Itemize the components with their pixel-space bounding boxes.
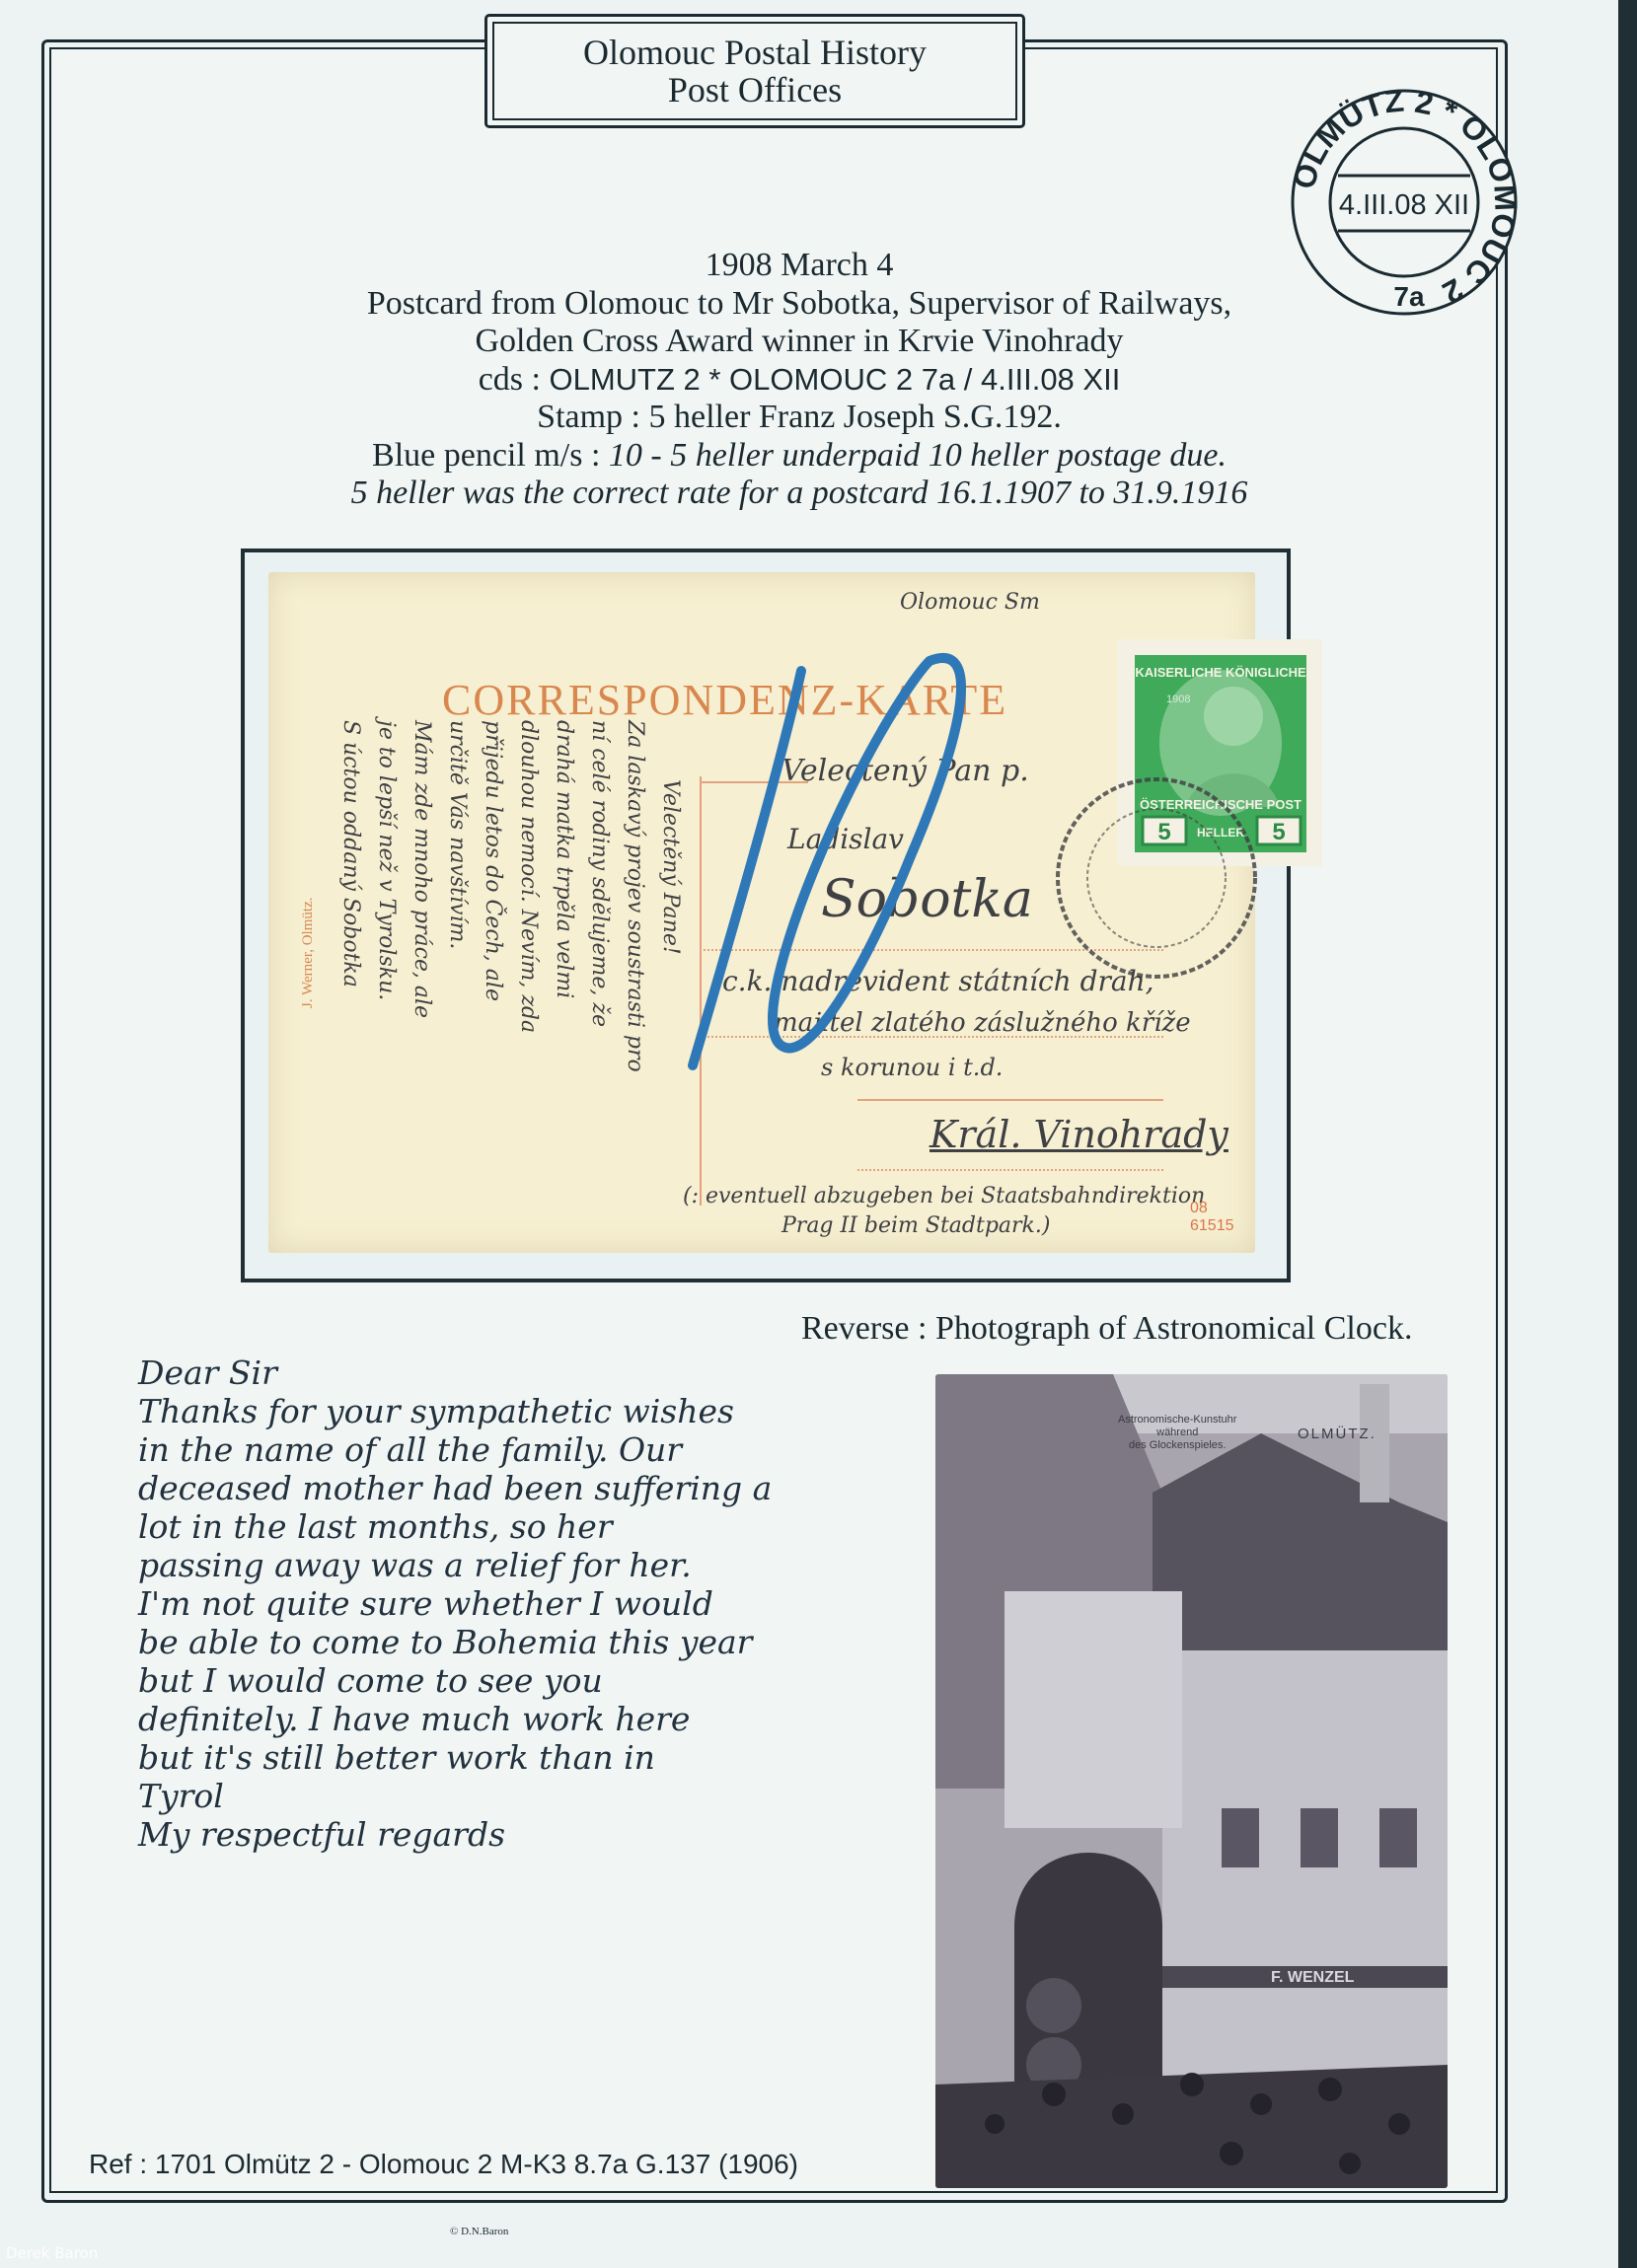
- reverse-caption: Reverse : Photograph of Astronomical Clo…: [801, 1310, 1412, 1348]
- blue-pencil-10-mark: [683, 641, 979, 1095]
- cds-value: OLMUTZ 2 * OLOMOUC 2 7a / 4.III.08 XII: [549, 362, 1120, 397]
- svg-text:F. WENZEL: F. WENZEL: [1271, 1969, 1355, 1986]
- pencil-mark: 10: [609, 437, 642, 474]
- photo-caption: Astronomische-Kunstuhr während des Glock…: [1118, 1414, 1236, 1452]
- translation-line: lot in the last months, so her: [138, 1507, 849, 1546]
- translation-line: in the name of all the family. Our: [138, 1430, 849, 1469]
- postcard-front: CORRESPONDENZ-KARTE J. Werner, Olmütz. O…: [268, 572, 1255, 1253]
- message-line: Velectěný Pane!: [658, 779, 683, 955]
- stamp-line: Stamp : 5 heller Franz Joseph S.G.192.: [237, 399, 1362, 437]
- translation-line: Dear Sir: [138, 1353, 849, 1392]
- translation-line: Thanks for your sympathetic wishes: [138, 1392, 849, 1430]
- translation-line: Tyrol: [138, 1777, 849, 1815]
- page-subtitle: Post Offices: [668, 71, 842, 109]
- astronomical-clock-photo: F. WENZEL Astronomische-Kunstuhr während…: [935, 1374, 1448, 2188]
- address-line: Prag II beim Stadtpark.): [781, 1213, 1050, 1238]
- svg-text:KAISERLICHE KÖNIGLICHE: KAISERLICHE KÖNIGLICHE: [1135, 665, 1306, 680]
- address-town: Král. Vinohrady: [930, 1113, 1228, 1156]
- item-description-line2: Golden Cross Award winner in Krvie Vinoh…: [237, 323, 1362, 361]
- card-serial-number: 08 61515: [1190, 1200, 1255, 1235]
- scan-edge: [1618, 0, 1637, 2268]
- translation-line: I'm not quite sure whether I would: [138, 1584, 849, 1623]
- postmark-impression: [1038, 760, 1275, 996]
- item-date: 1908 March 4: [237, 247, 1362, 285]
- page-title: Olomouc Postal History: [583, 34, 927, 71]
- address-rule: [857, 1099, 1163, 1101]
- message-line: Za laskavý projev soustrasti pro: [623, 720, 647, 1072]
- description: 1908 March 4 Postcard from Olomouc to Mr…: [237, 247, 1362, 513]
- photo-town-name: OLMÜTZ.: [1298, 1426, 1377, 1442]
- message-line: drahá matka trpěla velmi: [552, 720, 576, 998]
- address-line: (: eventuell abzugeben bei Staatsbahndir…: [683, 1184, 1205, 1208]
- cds-line: cds : OLMUTZ 2 * OLOMOUC 2 7a / 4.III.08…: [237, 361, 1362, 400]
- message-line: S úctou oddaný Sobotka: [338, 720, 363, 988]
- translation-line: definitely. I have much work here: [138, 1700, 849, 1738]
- translation-line: deceased mother had been suffering a: [138, 1469, 849, 1507]
- printer-imprint: J. Werner, Olmütz.: [300, 898, 317, 1008]
- pencil-note: Olomouc Sm: [900, 590, 1040, 615]
- item-description-line1: Postcard from Olomouc to Mr Sobotka, Sup…: [237, 285, 1362, 324]
- pencil-line: Blue pencil m/s : 10 - 5 heller underpai…: [237, 437, 1362, 476]
- address-rule: [857, 1169, 1163, 1171]
- message-line: Mám zde mnoho práce, ale: [409, 720, 434, 1018]
- message-line: přijedu letos do Čech, ale: [481, 720, 505, 1001]
- translation-line: but I would come to see you: [138, 1661, 849, 1700]
- message-line: určitě Vás navštívím.: [445, 720, 470, 949]
- copyright-notice: © D.N.Baron: [450, 2226, 508, 2237]
- watermark: Derek Baron: [6, 2244, 98, 2262]
- translation-line: passing away was a relief for her.: [138, 1546, 849, 1584]
- svg-text:1908: 1908: [1166, 694, 1190, 705]
- translation-line: but it's still better work than in: [138, 1738, 849, 1777]
- translation-line: be able to come to Bohemia this year: [138, 1623, 849, 1661]
- message-line: dlouhou nemocí. Nevím, zda: [516, 720, 541, 1033]
- cds-date: 4.III.08 XII: [1339, 189, 1469, 221]
- message-line: je to lepší než v Tyrolsku.: [374, 720, 399, 1000]
- translation-text: Dear SirThanks for your sympathetic wish…: [138, 1353, 849, 1854]
- catalogue-reference: Ref : 1701 Olmütz 2 - Olomouc 2 M-K3 8.7…: [89, 2149, 798, 2180]
- cds-code: 7a: [1393, 281, 1425, 312]
- translation-line: My respectful regards: [138, 1815, 849, 1854]
- rate-note: 5 heller was the correct rate for a post…: [237, 475, 1362, 513]
- message-line: ní celé rodiny sdělujeme, že: [587, 720, 612, 1027]
- page-title-box: Olomouc Postal History Post Offices: [484, 14, 1025, 128]
